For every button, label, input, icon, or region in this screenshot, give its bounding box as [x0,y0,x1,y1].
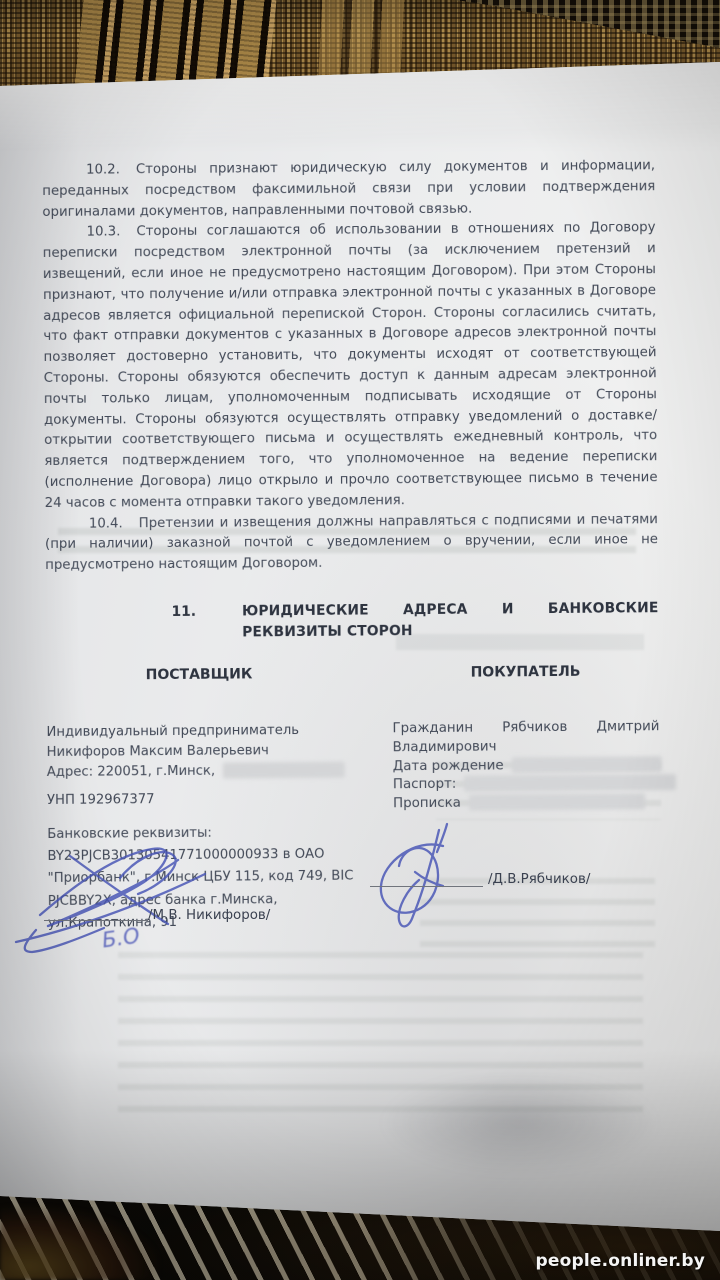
redacted-passport [464,774,676,792]
supplier-name: Никифоров Максим Валерьевич [47,741,353,763]
paper-shadow-smudge [370,1068,670,1178]
clause-text: Стороны соглашаются об использовании в о… [43,221,658,511]
buyer-birthdate: Дата рождение [393,756,660,777]
buyer-signature-area: /Д.В.Рябчиков/ [355,808,615,948]
supplier-unp: УНП 192967377 [47,788,353,810]
clause-10-3: 10.3.Стороны соглашаются об использовани… [42,219,657,515]
supplier-signature-label: /М.В. Никифоров/ [148,908,270,923]
document-page: 10.2.Стороны признают юридическую силу д… [0,0,720,1280]
clause-number: 10.2. [86,162,136,177]
supplier-signature-area: /М.В. Никифоров/ Б.О [10,830,310,970]
photo-of-contract-page: 10.2.Стороны признают юридическую силу д… [0,0,720,1280]
section-title: ЮРИДИЧЕСКИЕ АДРЕСА И БАНКОВСКИЕ РЕКВИЗИТ… [242,598,659,643]
buyer-header: ПОКУПАТЕЛЬ [392,661,659,684]
redacted-birthdate [512,756,662,773]
party-headers-row: ПОСТАВЩИК ПОКУПАТЕЛЬ [46,661,659,687]
clause-number: 10.4. [89,516,139,531]
buyer-patronymic: Владимирович [393,737,660,758]
section-number: 11. [171,602,196,644]
supplier-header: ПОСТАВЩИК [46,663,352,686]
clause-10-4: 10.4.Претензии и извещения должны направ… [45,510,658,577]
watermark: people.onliner.by [536,1251,706,1271]
fabric-dark-corner [455,0,720,56]
supplier-signature-line [44,920,148,921]
section-11-heading: 11. ЮРИДИЧЕСКИЕ АДРЕСА И БАНКОВСКИЕ РЕКВ… [45,598,658,644]
buyer-name-row: Гражданин Рябчиков Дмитрий [392,718,659,739]
supplier-signature-ink [10,830,310,970]
supplier-address: Адрес: 220051, г.Минск, [47,761,353,783]
clause-number: 10.3. [87,225,137,240]
redacted-address [223,762,345,779]
buyer-signature-label: /Д.В.Рябчиков/ [488,872,590,887]
supplier-type: Индивидуальный предприниматель [46,721,352,743]
clause-10-2: 10.2.Стороны признают юридическую силу д… [42,156,655,223]
buyer-signature-line [370,886,483,887]
buyer-passport: Паспорт: [393,774,660,795]
